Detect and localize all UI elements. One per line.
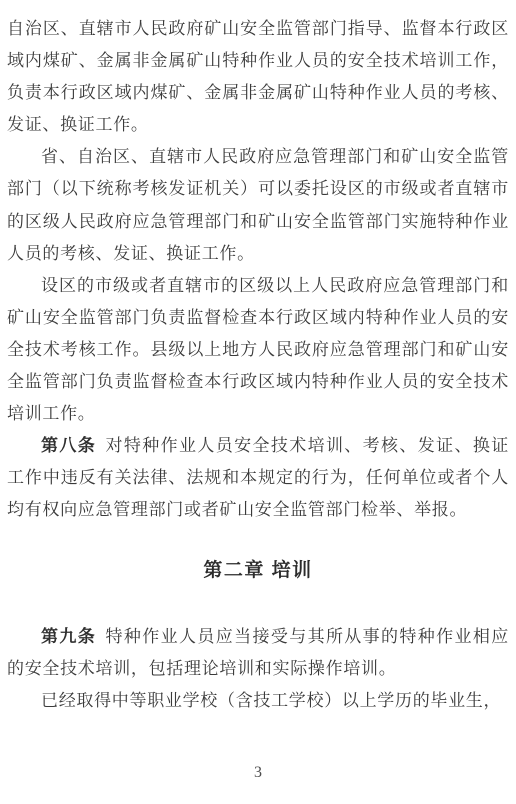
article-number-label: 第八条 xyxy=(41,436,96,455)
chapter-heading: 第二章 培训 xyxy=(7,555,509,587)
paragraph-text: 省、自治区、直辖市人民政府应急管理部门和矿山安全监管部门（以下统称考核发证机关）… xyxy=(7,147,509,262)
chapter-body: 第九条特种作业人员应当接受与其所从事的特种作业相应的安全技术培训，包括理论培训和… xyxy=(7,621,509,717)
document-body: 自治区、直辖市人民政府矿山安全监管部门指导、监督本行政区域内煤矿、金属非金属矿山… xyxy=(7,13,509,527)
paragraph: 省、自治区、直辖市人民政府应急管理部门和矿山安全监管部门（以下统称考核发证机关）… xyxy=(7,141,509,269)
paragraph: 已经取得中等职业学校（含技工学校）以上学历的毕业生， xyxy=(7,685,509,717)
document-page: 自治区、直辖市人民政府矿山安全监管部门指导、监督本行政区域内煤矿、金属非金属矿山… xyxy=(0,0,516,804)
page-number: 3 xyxy=(0,764,516,782)
paragraph: 第九条特种作业人员应当接受与其所从事的特种作业相应的安全技术培训，包括理论培训和… xyxy=(7,621,509,685)
paragraph-text: 已经取得中等职业学校（含技工学校）以上学历的毕业生， xyxy=(41,691,501,710)
article-number-label: 第九条 xyxy=(41,627,96,646)
paragraph: 自治区、直辖市人民政府矿山安全监管部门指导、监督本行政区域内煤矿、金属非金属矿山… xyxy=(7,13,509,141)
paragraph-text: 自治区、直辖市人民政府矿山安全监管部门指导、监督本行政区域内煤矿、金属非金属矿山… xyxy=(7,19,509,134)
paragraph: 设区的市级或者直辖市的区级以上人民政府应急管理部门和矿山安全监管部门负责监督检查… xyxy=(7,270,509,430)
paragraph-text: 设区的市级或者直辖市的区级以上人民政府应急管理部门和矿山安全监管部门负责监督检查… xyxy=(7,276,509,423)
paragraph: 第八条对特种作业人员安全技术培训、考核、发证、换证工作中违反有关法律、法规和本规… xyxy=(7,430,509,526)
